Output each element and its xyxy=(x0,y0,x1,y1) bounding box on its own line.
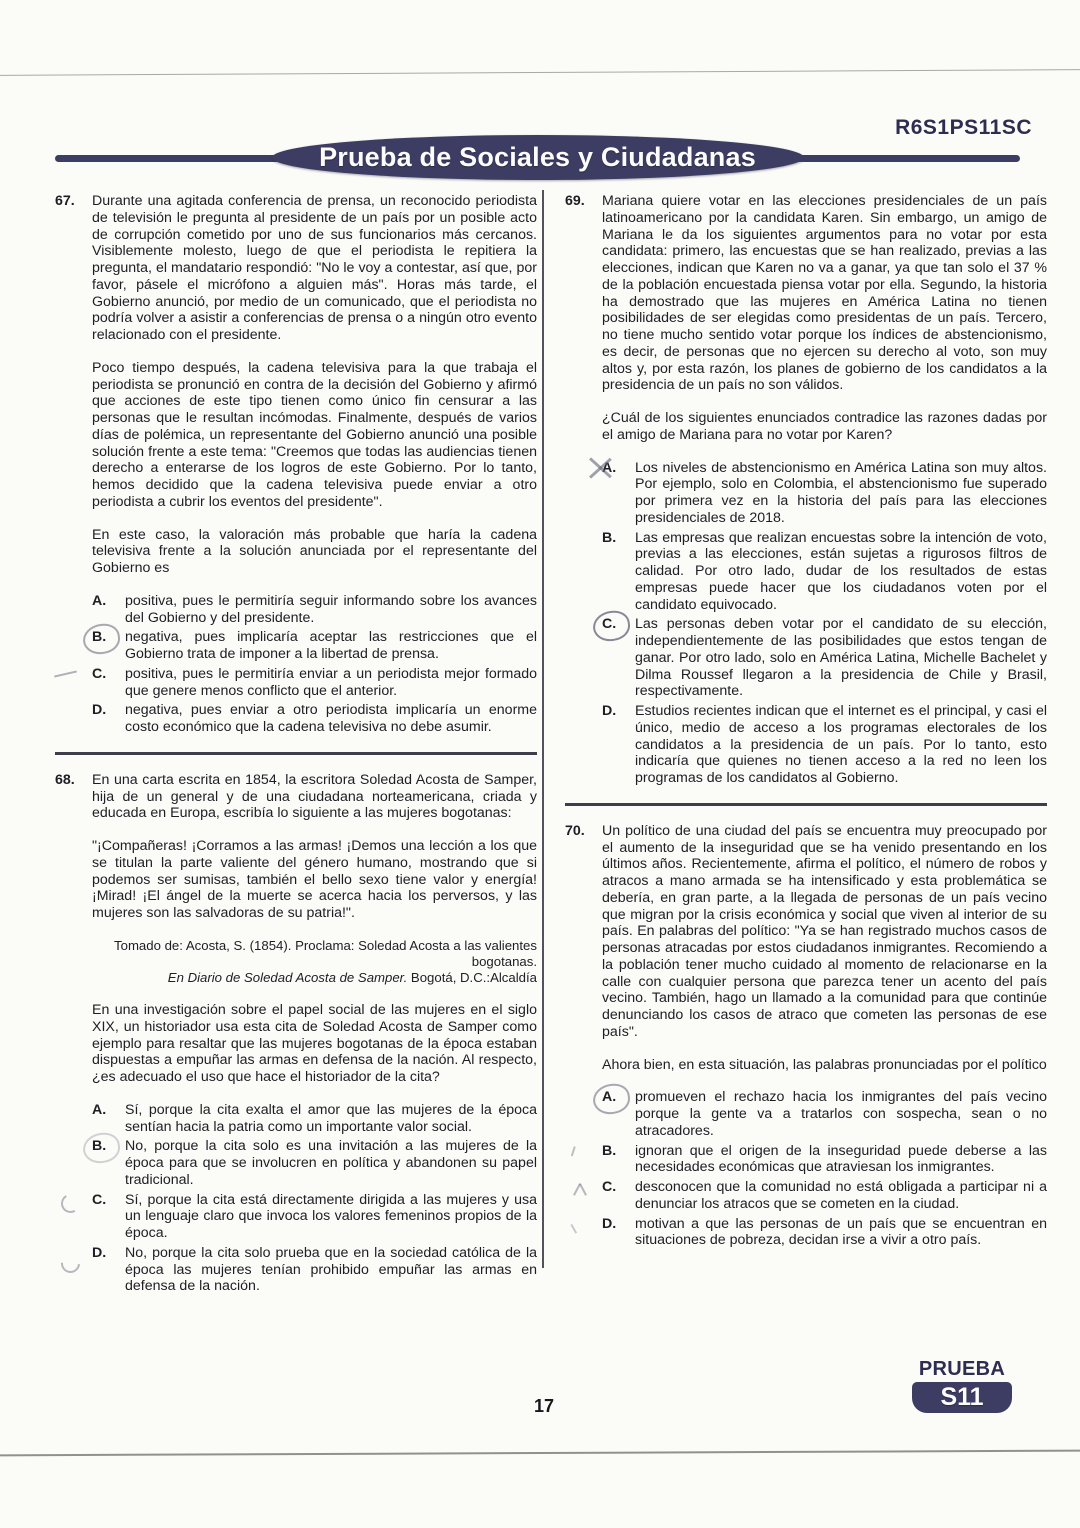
option-row-b: B. negativa, pues implicaría aceptar las… xyxy=(92,629,537,663)
option-letter: D. xyxy=(92,1245,125,1295)
option-text: desconocen que la comunidad no está obli… xyxy=(635,1179,1047,1213)
badge-code-box: S11 xyxy=(912,1382,1012,1413)
option-text: negativa, pues implicaría aceptar las re… xyxy=(125,629,537,663)
option-letter: B. xyxy=(92,1138,125,1188)
option-row-c: C. positiva, pues le permitiría enviar a… xyxy=(92,666,537,700)
question-paragraph: En una carta escrita en 1854, la escrito… xyxy=(92,772,537,822)
column-divider xyxy=(542,190,544,1268)
option-text: Las empresas que realizan encuestas sobr… xyxy=(635,530,1047,614)
option-text: positiva, pues le permitiría enviar a un… xyxy=(125,666,537,700)
scan-edge-line-bottom xyxy=(0,1450,1080,1457)
question-separator xyxy=(565,803,1047,806)
page-number: 17 xyxy=(524,1396,564,1417)
option-text: promueven el rechazo hacia los inmigrant… xyxy=(635,1089,1047,1139)
question-number: 67. xyxy=(55,193,92,739)
option-text: motivan a que las personas de un país qu… xyxy=(635,1216,1047,1250)
option-text: No, porque la cita solo es una invitació… xyxy=(125,1138,537,1188)
question-body: En una carta escrita en 1854, la escrito… xyxy=(92,772,537,1298)
badge-label: PRUEBA xyxy=(912,1358,1012,1381)
option-row-a: A. promueven el rechazo hacia los inmigr… xyxy=(602,1089,1047,1139)
banner-rule-left xyxy=(55,155,283,162)
option-row-a: A. positiva, pues le permitiría seguir i… xyxy=(92,593,537,627)
banner-title-ribbon: Prueba de Sociales y Ciudadanas xyxy=(272,135,804,180)
question-67: 67. Durante una agitada conferencia de p… xyxy=(55,193,537,739)
citation-line: Tomado de: Acosta, S. (1854). Proclama: … xyxy=(114,938,537,969)
question-paragraph: Un político de una ciudad del país se en… xyxy=(602,823,1047,1041)
question-paragraph: Mariana quiere votar en las elecciones p… xyxy=(602,193,1047,394)
option-letter: C. xyxy=(92,666,125,700)
question-separator xyxy=(55,752,537,755)
option-letter: B. xyxy=(602,1143,635,1177)
option-text: No, porque la cita solo prueba que en la… xyxy=(125,1245,537,1295)
option-row-c: C. Sí, porque la cita está directamente … xyxy=(92,1192,537,1242)
question-paragraph: Ahora bien, en esta situación, las palab… xyxy=(602,1057,1047,1074)
option-letter: B. xyxy=(602,530,635,614)
option-text: Estudios recientes indican que el intern… xyxy=(635,703,1047,787)
right-column: 69. Mariana quiere votar en las eleccion… xyxy=(565,193,1047,1252)
options-list: A. positiva, pues le permitiría seguir i… xyxy=(92,593,537,736)
option-row-d: D. negativa, pues enviar a otro periodis… xyxy=(92,702,537,736)
question-paragraph: ¿Cuál de los siguientes enunciados contr… xyxy=(602,410,1047,444)
quote-paragraph: "¡Compañeras! ¡Corramos a las armas! ¡De… xyxy=(92,838,537,922)
badge-code: S11 xyxy=(940,1383,983,1412)
option-row-d: D. No, porque la cita solo prueba que en… xyxy=(92,1245,537,1295)
option-row-b: B. No, porque la cita solo es una invita… xyxy=(92,1138,537,1188)
options-list: A. promueven el rechazo hacia los inmigr… xyxy=(602,1089,1047,1249)
question-paragraph: En una investigación sobre el papel soci… xyxy=(92,1002,537,1086)
option-row-c: C. desconocen que la comunidad no está o… xyxy=(602,1179,1047,1213)
question-paragraph: Poco tiempo después, la cadena televisiv… xyxy=(92,360,537,511)
question-paragraph: Durante una agitada conferencia de prens… xyxy=(92,193,537,344)
option-row-d: D. motivan a que las personas de un país… xyxy=(602,1216,1047,1250)
options-list: A. Los niveles de abstencionismo en Amér… xyxy=(602,460,1047,787)
option-letter: D. xyxy=(92,702,125,736)
option-letter: D. xyxy=(602,1216,635,1250)
option-text: negativa, pues enviar a otro periodista … xyxy=(125,702,537,736)
option-letter: A. xyxy=(602,1089,635,1139)
question-69: 69. Mariana quiere votar en las eleccion… xyxy=(565,193,1047,790)
option-text: ignoran que el origen de la inseguridad … xyxy=(635,1143,1047,1177)
option-text: Los niveles de abstencionismo en América… xyxy=(635,460,1047,527)
question-body: Mariana quiere votar en las elecciones p… xyxy=(602,193,1047,790)
option-letter: D. xyxy=(602,703,635,787)
option-text: positiva, pues le permitiría seguir info… xyxy=(125,593,537,627)
option-text: Sí, porque la cita está directamente dir… xyxy=(125,1192,537,1242)
option-row-b: B. Las empresas que realizan encuestas s… xyxy=(602,530,1047,614)
option-row-a: A. Sí, porque la cita exalta el amor que… xyxy=(92,1102,537,1136)
option-letter: C. xyxy=(92,1192,125,1242)
option-letter: A. xyxy=(92,593,125,627)
option-row-c: C. Las personas deben votar por el candi… xyxy=(602,616,1047,700)
option-row-a: A. Los niveles de abstencionismo en Amér… xyxy=(602,460,1047,527)
option-row-d: D. Estudios recientes indican que el int… xyxy=(602,703,1047,787)
citation-publisher: Bogotá, D.C.:Alcaldía xyxy=(407,970,537,985)
question-number: 70. xyxy=(565,823,602,1252)
question-68: 68. En una carta escrita en 1854, la esc… xyxy=(55,772,537,1298)
option-row-b: B. ignoran que el origen de la insegurid… xyxy=(602,1143,1047,1177)
question-70: 70. Un político de una ciudad del país s… xyxy=(565,823,1047,1252)
scan-edge-line-top xyxy=(0,69,1080,76)
option-letter: C. xyxy=(602,1179,635,1213)
question-number: 69. xyxy=(565,193,602,790)
option-letter: C. xyxy=(602,616,635,700)
source-citation: Tomado de: Acosta, S. (1854). Proclama: … xyxy=(110,938,537,986)
banner-rule-right xyxy=(792,155,1020,162)
options-list: A. Sí, porque la cita exalta el amor que… xyxy=(92,1102,537,1295)
option-letter: B. xyxy=(92,629,125,663)
prueba-badge: PRUEBA S11 xyxy=(912,1358,1012,1413)
citation-work-title: En Diario de Soledad Acosta de Samper. xyxy=(168,970,407,985)
question-paragraph: En este caso, la valoración más probable… xyxy=(92,527,537,577)
question-body: Un político de una ciudad del país se en… xyxy=(602,823,1047,1252)
page-banner: Prueba de Sociales y Ciudadanas xyxy=(55,134,1020,182)
option-letter: A. xyxy=(92,1102,125,1136)
exam-page: R6S1PS11SC Prueba de Sociales y Ciudadan… xyxy=(0,0,1080,1528)
option-text: Sí, porque la cita exalta el amor que la… xyxy=(125,1102,537,1136)
question-body: Durante una agitada conferencia de prens… xyxy=(92,193,537,739)
left-column: 67. Durante una agitada conferencia de p… xyxy=(55,193,537,1298)
banner-title: Prueba de Sociales y Ciudadanas xyxy=(319,142,756,173)
question-number: 68. xyxy=(55,772,92,1298)
option-text: Las personas deben votar por el candidat… xyxy=(635,616,1047,700)
option-letter: A. xyxy=(602,460,635,527)
